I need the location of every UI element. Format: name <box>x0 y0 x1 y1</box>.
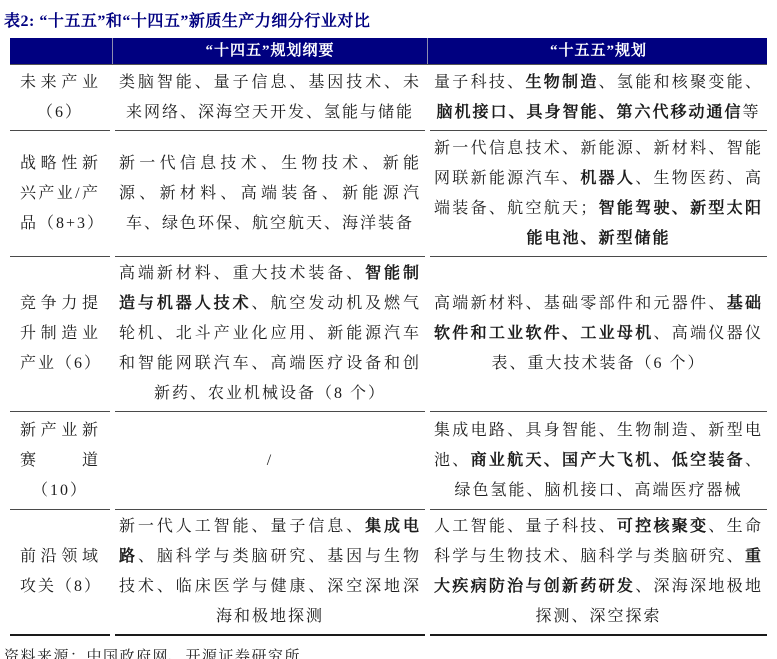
column-header-15th-plan: “十五五”规划 <box>427 38 767 64</box>
comparison-table: “十四五”规划纲要 “十五五”规划 未来产业（6） 类脑智能、量子信息、基因技术… <box>10 38 767 636</box>
source-note: 资料来源：中国政府网、开源证券研究所 <box>0 636 777 659</box>
table-row: 前沿领域攻关（8） 新一代人工智能、量子信息、集成电路、脑科学与类脑研究、基因与… <box>10 510 767 636</box>
table-row: 未来产业（6） 类脑智能、量子信息、基因技术、未来网络、深海空天开发、氢能与储能… <box>10 65 767 131</box>
column-header-14th-plan: “十四五”规划纲要 <box>112 38 425 64</box>
cell-14th-plan: / <box>115 412 425 510</box>
table-row: 战略性新兴产业/产品（8+3） 新一代信息技术、生物技术、新能源、新材料、高端装… <box>10 131 767 257</box>
cell-15th-plan: 高端新材料、基础零部件和元器件、基础软件和工业软件、工业母机、高端仪器仪表、重大… <box>430 257 767 412</box>
row-label-future-industries: 未来产业（6） <box>10 65 110 131</box>
row-label-manufacturing-competitiveness: 竞争力提升制造业产业（6） <box>10 257 110 412</box>
row-label-frontier-research: 前沿领域攻关（8） <box>10 510 110 636</box>
cell-15th-plan: 量子科技、生物制造、氢能和核聚变能、脑机接口、具身智能、第六代移动通信等 <box>430 65 767 131</box>
cell-14th-plan: 高端新材料、重大技术装备、智能制造与机器人技术、航空发动机及燃气轮机、北斗产业化… <box>115 257 425 412</box>
cell-14th-plan: 新一代信息技术、生物技术、新能源、新材料、高端装备、新能源汽车、绿色环保、航空航… <box>115 131 425 257</box>
cell-15th-plan: 集成电路、具身智能、生物制造、新型电池、商业航天、国产大飞机、低空装备、绿色氢能… <box>430 412 767 510</box>
table-row: 竞争力提升制造业产业（6） 高端新材料、重大技术装备、智能制造与机器人技术、航空… <box>10 257 767 412</box>
report-page: 表2: “十五五”和“十四五”新质生产力细分行业对比 “十四五”规划纲要 “十五… <box>0 0 777 659</box>
table-header-row: “十四五”规划纲要 “十五五”规划 <box>10 38 767 65</box>
table-title: 表2: “十五五”和“十四五”新质生产力细分行业对比 <box>0 0 777 38</box>
cell-14th-plan: 新一代人工智能、量子信息、集成电路、脑科学与类脑研究、基因与生物技术、临床医学与… <box>115 510 425 636</box>
row-label-strategic-emerging: 战略性新兴产业/产品（8+3） <box>10 131 110 257</box>
cell-15th-plan: 新一代信息技术、新能源、新材料、智能网联新能源汽车、机器人、生物医药、高端装备、… <box>430 131 767 257</box>
table-row: 新产业新赛道（10） / 集成电路、具身智能、生物制造、新型电池、商业航天、国产… <box>10 412 767 510</box>
cell-14th-plan: 类脑智能、量子信息、基因技术、未来网络、深海空天开发、氢能与储能 <box>115 65 425 131</box>
row-label-new-industry-tracks: 新产业新赛道（10） <box>10 412 110 510</box>
cell-15th-plan: 人工智能、量子科技、可控核聚变、生命科学与生物技术、脑科学与类脑研究、重大疾病防… <box>430 510 767 636</box>
column-header-rowlabel <box>10 38 110 64</box>
